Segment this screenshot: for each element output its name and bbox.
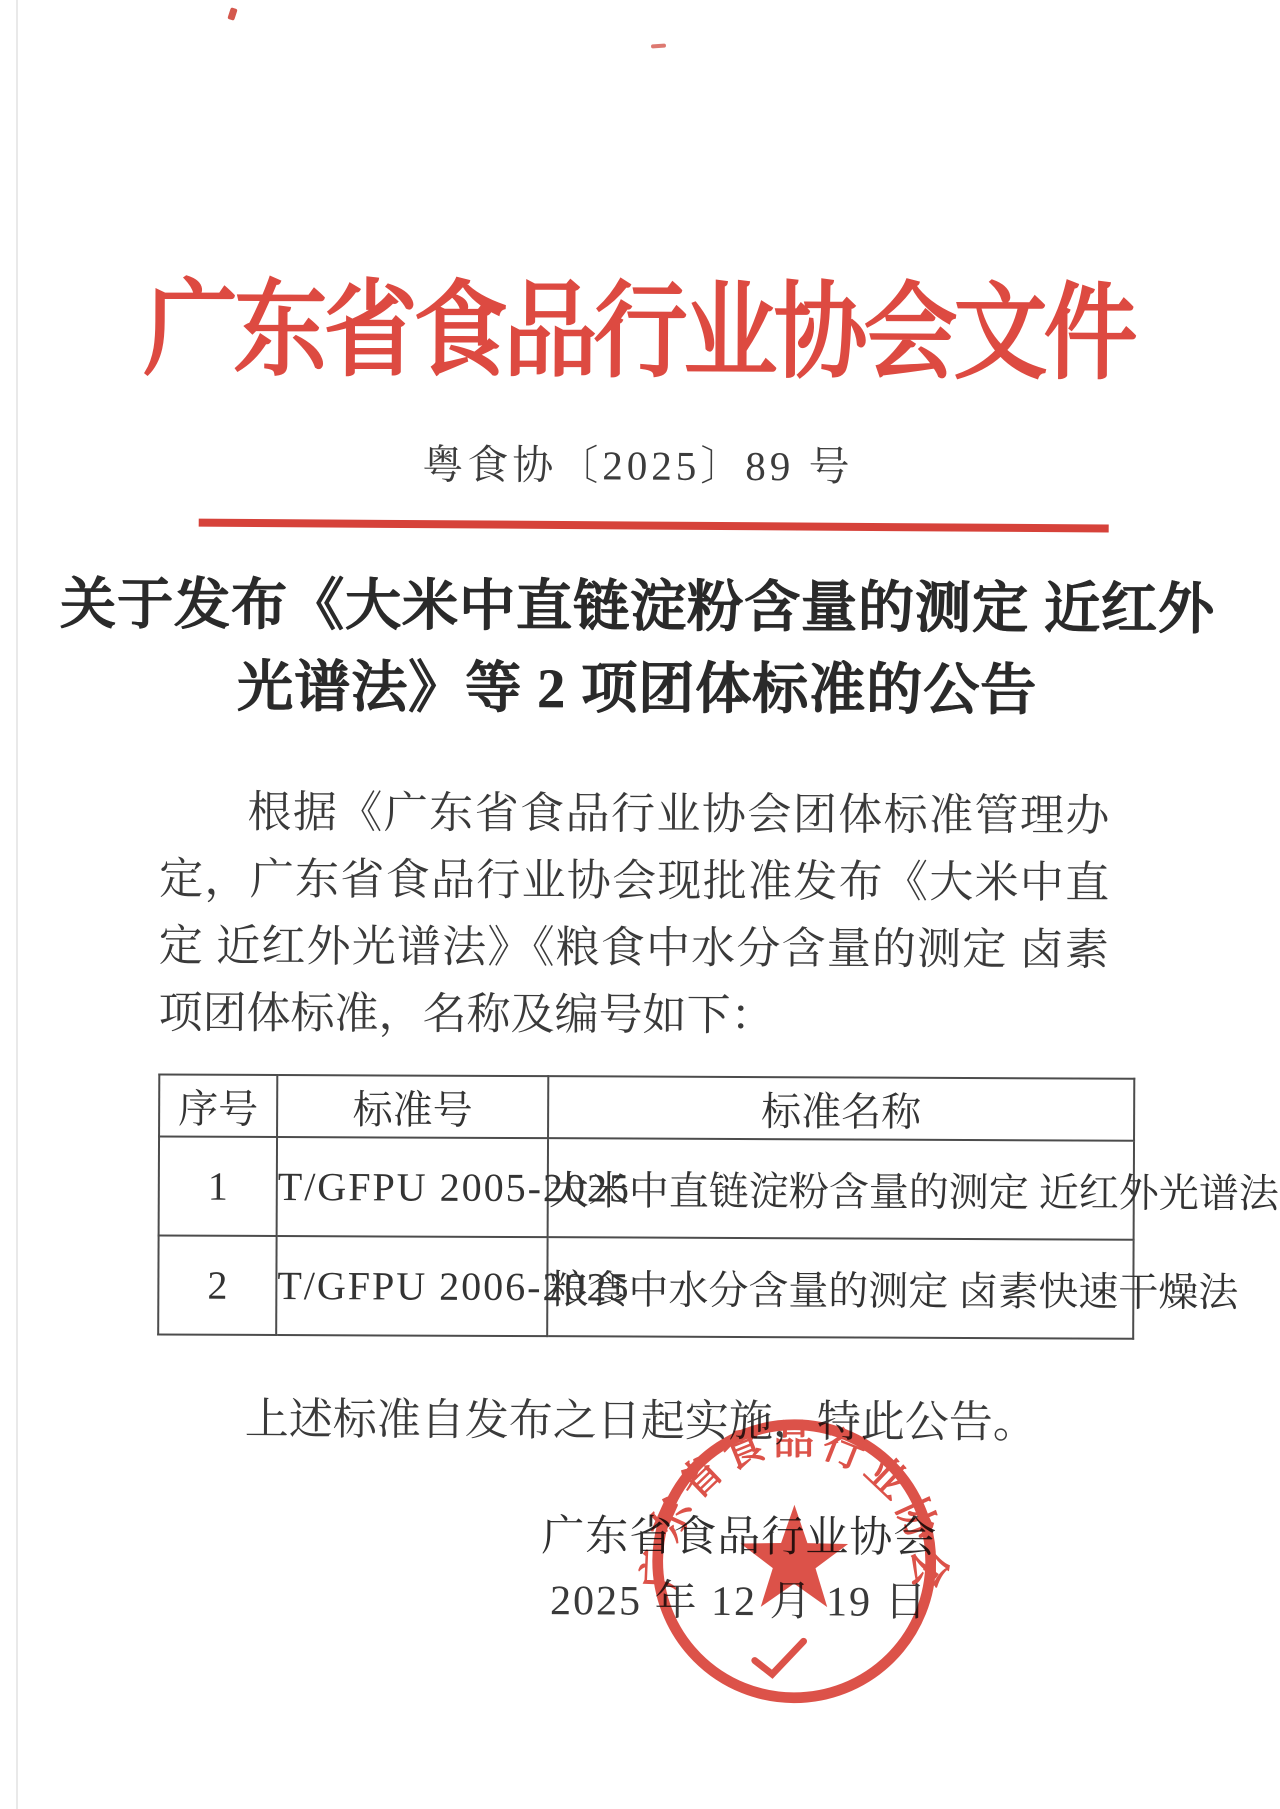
body-line: 定 近红外光谱法》《粮食中水分含量的测定 卤素快速干燥法》2 (159, 912, 1109, 983)
body-line: 定，广东省食品行业协会现批准发布《大米中直链淀粉含量的测 (159, 845, 1109, 916)
document-page: 广东省食品行业协会文件 粤食协〔2025〕89 号 关于发布《大米中直链淀粉含量… (0, 0, 1280, 1809)
document-content: 广东省食品行业协会文件 粤食协〔2025〕89 号 关于发布《大米中直链淀粉含量… (0, 0, 1280, 1809)
body-line: 项团体标准，名称及编号如下： (158, 979, 1108, 1050)
cell-index: 1 (159, 1136, 277, 1236)
signature-date: 2025 年 12 月 19 日 (550, 1567, 929, 1629)
document-header-title: 广东省食品行业协会文件 (0, 244, 1279, 401)
closing-statement: 上述标准自发布之日起实施，特此公告。 (157, 1382, 1137, 1450)
cell-standard-name: 粮食中水分含量的测定 卤素快速干燥法 (547, 1237, 1133, 1339)
table-header-index: 序号 (159, 1074, 277, 1137)
table-row: 2 T/GFPU 2006-2025 粮食中水分含量的测定 卤素快速干燥法 (158, 1235, 1133, 1338)
cell-standard-name: 大米中直链淀粉含量的测定 近红外光谱法 (548, 1138, 1134, 1240)
cell-standard-no: T/GFPU 2005-2025 (277, 1137, 548, 1237)
body-line: 根据《广东省食品行业协会团体标准管理办法（试行）》规 (159, 778, 1109, 849)
announcement-title: 关于发布《大米中直链淀粉含量的测定 近红外 光谱法》等 2 项团体标准的公告 (0, 564, 1278, 734)
body-paragraph: 根据《广东省食品行业协会团体标准管理办法（试行）》规 定，广东省食品行业协会现批… (158, 778, 1109, 1050)
table-row: 1 T/GFPU 2005-2025 大米中直链淀粉含量的测定 近红外光谱法 (159, 1136, 1134, 1239)
document-number: 粤食协〔2025〕89 号 (0, 430, 1278, 495)
announcement-title-line2: 光谱法》等 2 项团体标准的公告 (0, 646, 1277, 734)
table-header-row: 序号 标准号 标准名称 (159, 1074, 1134, 1140)
signature-org: 广东省食品行业协会 (541, 1502, 937, 1565)
cell-index: 2 (158, 1235, 276, 1335)
table-header-standard-no: 标准号 (277, 1075, 548, 1138)
announcement-title-line1: 关于发布《大米中直链淀粉含量的测定 近红外 (0, 564, 1278, 652)
seal-ink-mark (755, 1641, 804, 1674)
table-header-standard-name: 标准名称 (548, 1076, 1134, 1141)
standards-table: 序号 标准号 标准名称 1 T/GFPU 2005-2025 大米中直链淀粉含量… (157, 1073, 1135, 1339)
cell-standard-no: T/GFPU 2006-2025 (276, 1236, 547, 1336)
red-divider-line (199, 519, 1109, 533)
